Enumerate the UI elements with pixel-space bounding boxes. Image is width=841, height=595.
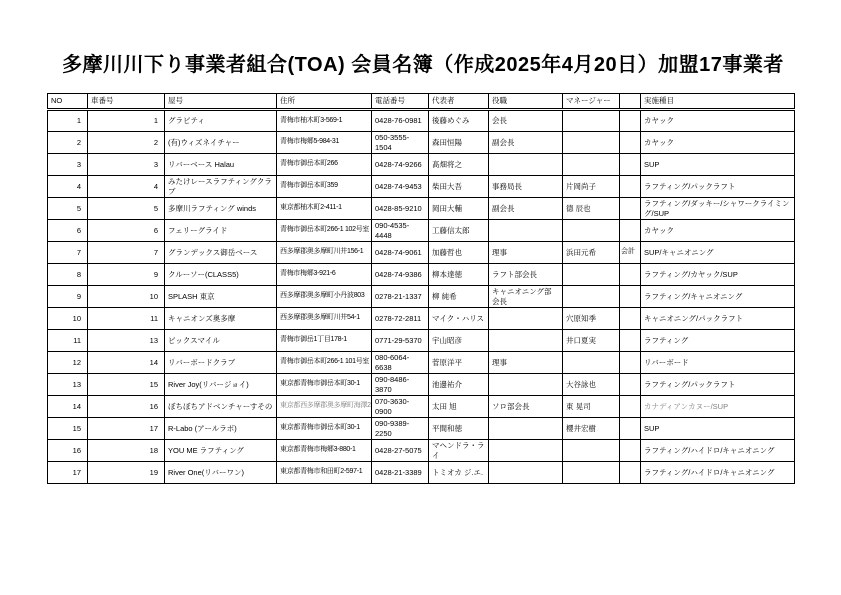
- cell-phone: 090-4535-4448: [372, 220, 429, 242]
- cell-position: 理事: [489, 242, 563, 264]
- cell-activities: ラフティング/ダッキー/シャワークライミング/SUP: [641, 198, 795, 220]
- cell-no: 1: [48, 110, 88, 132]
- cell-car_no: 19: [88, 462, 165, 484]
- cell-activities: SUP: [641, 154, 795, 176]
- cell-manager: [563, 220, 620, 242]
- cell-no: 12: [48, 352, 88, 374]
- cell-representative: マイク・ハリス: [429, 308, 489, 330]
- cell-representative: 岡田大輔: [429, 198, 489, 220]
- cell-name: 多摩川ラフティング winds: [165, 198, 277, 220]
- header-row: NO車番号屋号住所電話番号代表者役職マネージャー実施種目: [48, 94, 795, 110]
- table-row: 22(有)ウィズネイチャー青梅市梅郷5-984-31050-3555-1504森…: [48, 132, 795, 154]
- cell-name: SPLASH 東京: [165, 286, 277, 308]
- cell-phone: 070-3630-0900: [372, 396, 429, 418]
- cell-representative: 加藤哲也: [429, 242, 489, 264]
- cell-activities: ラフティング/キャニオニング: [641, 286, 795, 308]
- cell-accounting: [620, 264, 641, 286]
- cell-activities: キャニオニング/パックラフト: [641, 308, 795, 330]
- column-header-car_no: 車番号: [88, 94, 165, 110]
- cell-phone: 0428-74-9266: [372, 154, 429, 176]
- cell-address: 青梅市御岳本町266-1 101号室: [277, 352, 372, 374]
- cell-accounting: [620, 330, 641, 352]
- cell-name: キャニオンズ奥多摩: [165, 308, 277, 330]
- cell-no: 15: [48, 418, 88, 440]
- cell-representative: 池邊祐介: [429, 374, 489, 396]
- table-row: 55多摩川ラフティング winds東京都柚木町2-411-10428-85-92…: [48, 198, 795, 220]
- cell-position: [489, 440, 563, 462]
- cell-manager: 大谷詠也: [563, 374, 620, 396]
- cell-manager: 東 晃司: [563, 396, 620, 418]
- cell-phone: 0278-21-1337: [372, 286, 429, 308]
- cell-name: (有)ウィズネイチャー: [165, 132, 277, 154]
- cell-representative: 宇山昭彦: [429, 330, 489, 352]
- cell-position: [489, 462, 563, 484]
- cell-name: ぼちぼちアドベンチャーすその: [165, 396, 277, 418]
- cell-car_no: 16: [88, 396, 165, 418]
- cell-car_no: 17: [88, 418, 165, 440]
- cell-address: 東京都青梅市御岳本町30-1: [277, 374, 372, 396]
- table-row: 1618YOU ME ラフティング東京都青梅市梅郷3-880-10428-27-…: [48, 440, 795, 462]
- cell-position: [489, 154, 563, 176]
- cell-manager: [563, 462, 620, 484]
- cell-activities: カヤック: [641, 110, 795, 132]
- cell-car_no: 15: [88, 374, 165, 396]
- cell-no: 16: [48, 440, 88, 462]
- cell-phone: 0428-74-9386: [372, 264, 429, 286]
- cell-accounting: [620, 220, 641, 242]
- cell-accounting: [620, 132, 641, 154]
- cell-address: 青梅市御岳本町266-1 102号室: [277, 220, 372, 242]
- cell-address: 青梅市御岳本町359: [277, 176, 372, 198]
- cell-car_no: 10: [88, 286, 165, 308]
- cell-car_no: 5: [88, 198, 165, 220]
- cell-name: グランデックス御岳ベース: [165, 242, 277, 264]
- cell-accounting: [620, 110, 641, 132]
- cell-representative: 髙畑将之: [429, 154, 489, 176]
- cell-car_no: 7: [88, 242, 165, 264]
- table-row: 11グラビティ青梅市柚木町3-569-10428-76-0981後藤めぐみ会長カ…: [48, 110, 795, 132]
- cell-name: R-Labo (アールラボ): [165, 418, 277, 440]
- cell-activities: ラフティング: [641, 330, 795, 352]
- cell-phone: 0428-85-9210: [372, 198, 429, 220]
- cell-address: 東京都青梅市梅郷3-880-1: [277, 440, 372, 462]
- cell-name: クルーソー(CLASS5): [165, 264, 277, 286]
- cell-representative: 柳 純希: [429, 286, 489, 308]
- table-row: 1416ぼちぼちアドベンチャーすその東京都西多摩郡奥多摩町海澤24070-363…: [48, 396, 795, 418]
- table-row: 1719River One(リバーワン)東京都青梅市和田町2-597-10428…: [48, 462, 795, 484]
- column-header-activities: 実施種目: [641, 94, 795, 110]
- cell-address: 青梅市御岳本町266: [277, 154, 372, 176]
- cell-name: ビックスマイル: [165, 330, 277, 352]
- cell-manager: 櫻井宏樹: [563, 418, 620, 440]
- cell-position: ソロ部会長: [489, 396, 563, 418]
- cell-position: ラフト部会長: [489, 264, 563, 286]
- roster-header: NO車番号屋号住所電話番号代表者役職マネージャー実施種目: [48, 94, 795, 110]
- cell-accounting: [620, 308, 641, 330]
- cell-accounting: 会計: [620, 242, 641, 264]
- cell-phone: 0428-21-3389: [372, 462, 429, 484]
- cell-phone: 0428-76-0981: [372, 110, 429, 132]
- cell-activities: SUP: [641, 418, 795, 440]
- cell-name: リバーボードクラブ: [165, 352, 277, 374]
- table-row: 910SPLASH 東京西多摩郡奥多摩町小丹波8030278-21-1337柳 …: [48, 286, 795, 308]
- cell-car_no: 1: [88, 110, 165, 132]
- cell-accounting: [620, 176, 641, 198]
- cell-position: [489, 374, 563, 396]
- cell-manager: [563, 154, 620, 176]
- cell-manager: 穴原知季: [563, 308, 620, 330]
- cell-name: グラビティ: [165, 110, 277, 132]
- cell-position: 副会長: [489, 198, 563, 220]
- cell-representative: 工藤信太郎: [429, 220, 489, 242]
- cell-address: 東京都西多摩郡奥多摩町海澤24: [277, 396, 372, 418]
- cell-phone: 050-3555-1504: [372, 132, 429, 154]
- cell-manager: [563, 132, 620, 154]
- cell-representative: 太田 旭: [429, 396, 489, 418]
- cell-phone: 090-9389-2250: [372, 418, 429, 440]
- cell-accounting: [620, 154, 641, 176]
- column-header-name: 屋号: [165, 94, 277, 110]
- cell-position: 理事: [489, 352, 563, 374]
- cell-address: 東京都青梅市和田町2-597-1: [277, 462, 372, 484]
- cell-address: 東京都青梅市御岳本町30-1: [277, 418, 372, 440]
- cell-address: 青梅市御岳1丁目178-1: [277, 330, 372, 352]
- table-row: 1315River Joy(リバージョイ)東京都青梅市御岳本町30-1090-8…: [48, 374, 795, 396]
- cell-car_no: 4: [88, 176, 165, 198]
- cell-manager: 浜田元希: [563, 242, 620, 264]
- column-header-position: 役職: [489, 94, 563, 110]
- cell-car_no: 3: [88, 154, 165, 176]
- cell-accounting: [620, 462, 641, 484]
- cell-car_no: 2: [88, 132, 165, 154]
- table-row: 77グランデックス御岳ベース西多摩郡奥多摩町川井156-10428-74-906…: [48, 242, 795, 264]
- table-row: 1214リバーボードクラブ青梅市御岳本町266-1 101号室080-6064-…: [48, 352, 795, 374]
- cell-name: リバーベース Halau: [165, 154, 277, 176]
- cell-no: 11: [48, 330, 88, 352]
- cell-representative: マヘンドラ・ライ: [429, 440, 489, 462]
- page-title: 多摩川川下り事業者組合(TOA) 会員名簿（作成2025年4月20日）加盟17事…: [62, 48, 784, 77]
- column-header-manager: マネージャー: [563, 94, 620, 110]
- cell-position: 副会長: [489, 132, 563, 154]
- cell-activities: ラフティング/カヤック/SUP: [641, 264, 795, 286]
- cell-accounting: [620, 286, 641, 308]
- cell-address: 青梅市柚木町3-569-1: [277, 110, 372, 132]
- cell-representative: トミオカ ジ.エ.: [429, 462, 489, 484]
- cell-no: 14: [48, 396, 88, 418]
- cell-manager: [563, 286, 620, 308]
- cell-no: 6: [48, 220, 88, 242]
- cell-car_no: 9: [88, 264, 165, 286]
- cell-activities: SUP/キャニオニング: [641, 242, 795, 264]
- cell-car_no: 18: [88, 440, 165, 462]
- cell-no: 5: [48, 198, 88, 220]
- cell-activities: ラフティング/パックラフト: [641, 176, 795, 198]
- cell-no: 4: [48, 176, 88, 198]
- table-row: 33リバーベース Halau青梅市御岳本町2660428-74-9266髙畑将之…: [48, 154, 795, 176]
- column-header-address: 住所: [277, 94, 372, 110]
- column-header-no: NO: [48, 94, 88, 110]
- table-row: 89クルーソー(CLASS5)青梅市梅郷3-921-60428-74-9386柳…: [48, 264, 795, 286]
- cell-accounting: [620, 374, 641, 396]
- cell-accounting: [620, 198, 641, 220]
- cell-address: 西多摩郡奥多摩町川井54-1: [277, 308, 372, 330]
- cell-address: 青梅市梅郷3-921-6: [277, 264, 372, 286]
- cell-address: 東京都柚木町2-411-1: [277, 198, 372, 220]
- cell-no: 10: [48, 308, 88, 330]
- cell-representative: 柴田大吾: [429, 176, 489, 198]
- cell-phone: 090-8486-3870: [372, 374, 429, 396]
- cell-manager: 片岡尚子: [563, 176, 620, 198]
- cell-no: 7: [48, 242, 88, 264]
- cell-accounting: [620, 352, 641, 374]
- table-row: 66フェリーグライド青梅市御岳本町266-1 102号室090-4535-444…: [48, 220, 795, 242]
- cell-activities: ラフティング/ハイドロ/キャニオニング: [641, 462, 795, 484]
- cell-name: みたけレースラフティングクラブ: [165, 176, 277, 198]
- cell-name: YOU ME ラフティング: [165, 440, 277, 462]
- cell-manager: [563, 264, 620, 286]
- cell-activities: リバーボード: [641, 352, 795, 374]
- cell-name: フェリーグライド: [165, 220, 277, 242]
- cell-phone: 080-6064-6638: [372, 352, 429, 374]
- cell-manager: 德 辰也: [563, 198, 620, 220]
- cell-name: River Joy(リバージョイ): [165, 374, 277, 396]
- cell-no: 3: [48, 154, 88, 176]
- cell-car_no: 11: [88, 308, 165, 330]
- table-row: 1011キャニオンズ奥多摩西多摩郡奥多摩町川井54-10278-72-2811マ…: [48, 308, 795, 330]
- table-row: 1517R-Labo (アールラボ)東京都青梅市御岳本町30-1090-9389…: [48, 418, 795, 440]
- cell-representative: 柳本達徳: [429, 264, 489, 286]
- column-header-accounting: [620, 94, 641, 110]
- cell-accounting: [620, 418, 641, 440]
- cell-manager: [563, 440, 620, 462]
- cell-accounting: [620, 440, 641, 462]
- cell-no: 8: [48, 264, 88, 286]
- cell-accounting: [620, 396, 641, 418]
- cell-position: [489, 330, 563, 352]
- cell-manager: 井口夏実: [563, 330, 620, 352]
- cell-activities: ラフティング/パックラフト: [641, 374, 795, 396]
- cell-name: River One(リバーワン): [165, 462, 277, 484]
- cell-no: 2: [48, 132, 88, 154]
- cell-no: 17: [48, 462, 88, 484]
- cell-car_no: 6: [88, 220, 165, 242]
- column-header-representative: 代表者: [429, 94, 489, 110]
- cell-position: [489, 220, 563, 242]
- cell-car_no: 13: [88, 330, 165, 352]
- table-row: 44みたけレースラフティングクラブ青梅市御岳本町3590428-74-9453柴…: [48, 176, 795, 198]
- cell-phone: 0428-74-9061: [372, 242, 429, 264]
- cell-position: 会長: [489, 110, 563, 132]
- cell-address: 西多摩郡奥多摩町小丹波803: [277, 286, 372, 308]
- roster-body: 11グラビティ青梅市柚木町3-569-10428-76-0981後藤めぐみ会長カ…: [48, 110, 795, 484]
- member-roster-table: NO車番号屋号住所電話番号代表者役職マネージャー実施種目 11グラビティ青梅市柚…: [47, 93, 795, 484]
- cell-representative: 森田恒陽: [429, 132, 489, 154]
- cell-activities: カヤック: [641, 220, 795, 242]
- cell-position: キャニオニング部会長: [489, 286, 563, 308]
- cell-phone: 0278-72-2811: [372, 308, 429, 330]
- cell-position: [489, 308, 563, 330]
- cell-representative: 平間和徳: [429, 418, 489, 440]
- column-header-phone: 電話番号: [372, 94, 429, 110]
- cell-phone: 0428-74-9453: [372, 176, 429, 198]
- cell-representative: 後藤めぐみ: [429, 110, 489, 132]
- cell-address: 西多摩郡奥多摩町川井156-1: [277, 242, 372, 264]
- cell-car_no: 14: [88, 352, 165, 374]
- cell-position: 事務局長: [489, 176, 563, 198]
- cell-activities: ラフティング/ハイドロ/キャニオニング: [641, 440, 795, 462]
- cell-activities: カヤック: [641, 132, 795, 154]
- cell-phone: 0771-29-5370: [372, 330, 429, 352]
- cell-representative: 菅原洋平: [429, 352, 489, 374]
- cell-phone: 0428-27-5075: [372, 440, 429, 462]
- cell-manager: [563, 352, 620, 374]
- cell-position: [489, 418, 563, 440]
- cell-address: 青梅市梅郷5-984-31: [277, 132, 372, 154]
- cell-no: 13: [48, 374, 88, 396]
- cell-activities: カナディアンカヌー/SUP: [641, 396, 795, 418]
- table-row: 1113ビックスマイル青梅市御岳1丁目178-10771-29-5370宇山昭彦…: [48, 330, 795, 352]
- cell-manager: [563, 110, 620, 132]
- cell-no: 9: [48, 286, 88, 308]
